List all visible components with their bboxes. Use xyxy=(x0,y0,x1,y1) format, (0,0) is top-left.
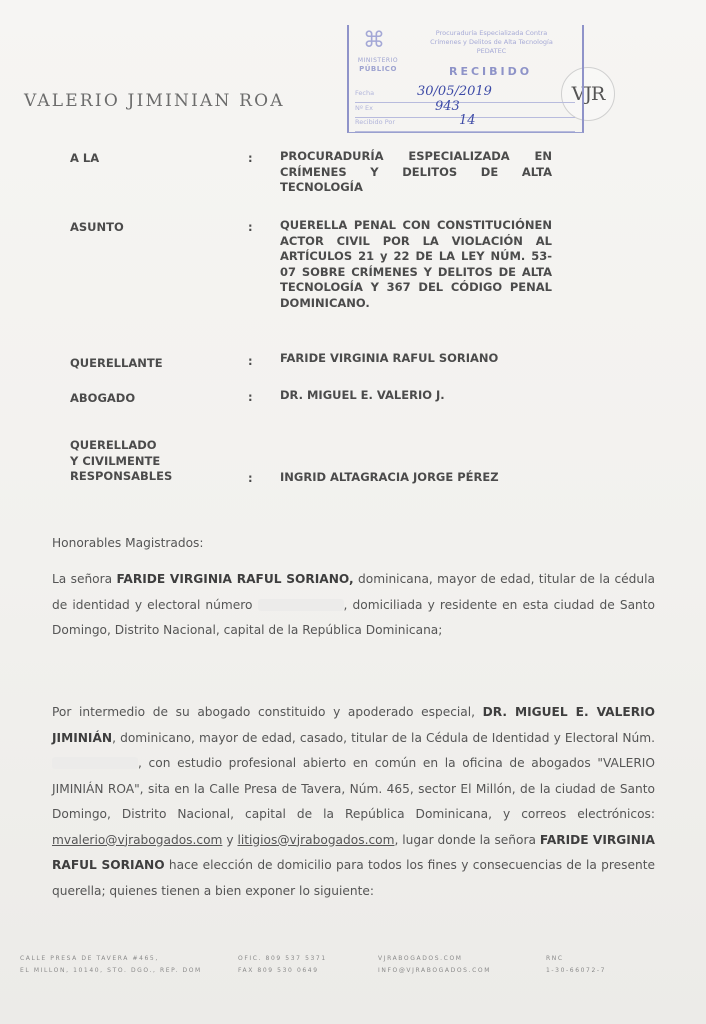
header-value: QUERELLA PENAL CON CONSTITUCIÓNEN ACTOR … xyxy=(280,218,552,311)
header-label-line: QUERELLADO xyxy=(70,438,172,454)
ministry-logo-icon: ⌘ xyxy=(361,29,387,53)
stamp-office-line1: Procuraduría Especializada Contra xyxy=(409,29,574,38)
stamp-field-date: Fecha 30/05/2019 xyxy=(355,89,575,103)
header-label-line: RESPONSABLES xyxy=(70,469,172,485)
stamp-field-received-by: Recibido Por 14 xyxy=(355,118,575,132)
header-value: DR. MIGUEL E. VALERIO J. xyxy=(280,388,552,404)
header-colon: : xyxy=(248,220,253,235)
header-label-line: Y CIVILMENTE xyxy=(70,454,172,470)
text: La señora xyxy=(52,572,116,586)
redacted-id-number: [redactado] xyxy=(258,599,344,611)
text: , con estudio profesional abierto en com… xyxy=(52,756,655,821)
received-stamp: ⌘ MINISTERIO PÚBLICO Procuraduría Especi… xyxy=(347,25,584,133)
stamp-field-label: Fecha xyxy=(355,89,374,97)
header-label: ABOGADO xyxy=(70,391,135,406)
text: , lugar donde la señora xyxy=(394,833,539,847)
header-colon: : xyxy=(248,471,253,486)
footer-rnc-value: 1-30-66072-7 xyxy=(546,965,606,977)
stamp-field-value: 30/05/2019 xyxy=(417,84,492,99)
stamp-status: RECIBIDO xyxy=(449,65,532,78)
paragraph-plaintiff: La señora FARIDE VIRGINIA RAFUL SORIANO,… xyxy=(52,567,655,644)
footer-address-line1: CALLE PRESA DE TAVERA #465, xyxy=(20,953,202,965)
header-value: FARIDE VIRGINIA RAFUL SORIANO xyxy=(280,351,552,367)
header-label: A LA xyxy=(70,151,99,166)
header-row-subject: ASUNTO : QUERELLA PENAL CON CONSTITUCIÓN… xyxy=(70,218,570,333)
footer-website: VJRABOGADOS.COM xyxy=(378,953,491,965)
stamp-field-value: 943 xyxy=(435,99,460,114)
stamp-field-label: Recibido Por xyxy=(355,118,395,126)
footer-email: INFO@VJRABOGADOS.COM xyxy=(378,965,491,977)
text: Por intermedio de su abogado constituido… xyxy=(52,705,483,719)
stamp-ministry-line2: PÚBLICO xyxy=(353,65,403,73)
header-label: ASUNTO xyxy=(70,220,124,235)
header-row-defendant: QUERELLADO Y CIVILMENTE RESPONSABLES : I… xyxy=(70,438,570,493)
footer-address: CALLE PRESA DE TAVERA #465, EL MILLON, 1… xyxy=(20,953,202,977)
footer-rnc: RNC 1-30-66072-7 xyxy=(546,953,606,977)
header-value: INGRID ALTAGRACIA JORGE PÉREZ xyxy=(280,470,552,486)
document-page: VALERIO JIMINIAN ROA VJR ⌘ MINISTERIO PÚ… xyxy=(0,0,706,1024)
header-colon: : xyxy=(248,390,253,405)
text: , dominicano, mayor de edad, casado, tit… xyxy=(112,731,655,745)
header-label: QUERELLADO Y CIVILMENTE RESPONSABLES xyxy=(70,438,172,485)
header-label: QUERELLANTE xyxy=(70,356,163,371)
header-value: PROCURADURÍA ESPECIALIZADA EN CRÍMENES Y… xyxy=(280,149,552,196)
stamp-office-line2: Crímenes y Delitos de Alta Tecnología xyxy=(409,38,574,47)
header-row-recipient: A LA : PROCURADURÍA ESPECIALIZADA EN CRÍ… xyxy=(70,149,570,199)
greeting: Honorables Magistrados: xyxy=(52,536,204,550)
footer-rnc-label: RNC xyxy=(546,953,606,965)
footer-phones: OFIC. 809 537 5371 FAX 809 530 0649 xyxy=(238,953,327,977)
stamp-field-value: 14 xyxy=(459,113,476,128)
text: y xyxy=(222,833,237,847)
paragraph-lawyer: Por intermedio de su abogado constituido… xyxy=(52,700,655,904)
stamp-office: Procuraduría Especializada Contra Crímen… xyxy=(409,29,574,56)
header-colon: : xyxy=(248,354,253,369)
footer-fax: FAX 809 530 0649 xyxy=(238,965,327,977)
firm-name: VALERIO JIMINIAN ROA xyxy=(24,91,285,111)
email-link-litigios[interactable]: litigios@vjrabogados.com xyxy=(238,833,395,847)
footer-web: VJRABOGADOS.COM INFO@VJRABOGADOS.COM xyxy=(378,953,491,977)
stamp-ministry-line1: MINISTERIO xyxy=(353,57,403,65)
plaintiff-name: FARIDE VIRGINIA RAFUL SORIANO, xyxy=(116,572,353,586)
stamp-field-label: Nº Ex xyxy=(355,104,373,112)
footer-address-line2: EL MILLON, 10140, STO. DGO., REP. DOM xyxy=(20,965,202,977)
stamp-office-line3: PEDATEC xyxy=(409,47,574,56)
redacted-id-number: [redactado] xyxy=(52,757,138,769)
email-link-mvalerio[interactable]: mvalerio@vjrabogados.com xyxy=(52,833,222,847)
stamp-ministry: MINISTERIO PÚBLICO xyxy=(353,57,403,73)
header-colon: : xyxy=(248,151,253,166)
footer-phone: OFIC. 809 537 5371 xyxy=(238,953,327,965)
